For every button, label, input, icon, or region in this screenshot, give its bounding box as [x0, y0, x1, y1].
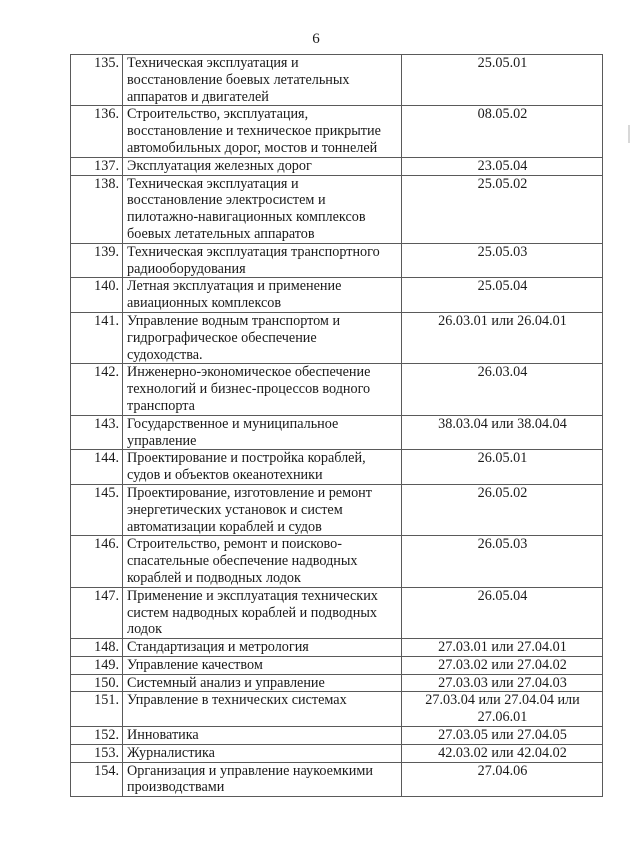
specialty-name: Системный анализ и управление [123, 674, 402, 692]
specialty-name: Применение и эксплуатация техническихсис… [123, 587, 402, 638]
specialty-code: 26.05.03 [402, 536, 603, 587]
specialty-name: Техническая эксплуатация ивосстановление… [123, 175, 402, 243]
specialty-code: 27.03.03 или 27.04.03 [402, 674, 603, 692]
row-number: 144. [71, 450, 123, 485]
table-row: 143.Государственное и муниципальноеуправ… [71, 415, 603, 450]
specialty-code: 26.05.02 [402, 484, 603, 535]
row-number: 153. [71, 744, 123, 762]
specialty-code: 25.05.03 [402, 243, 603, 278]
specialty-code: 26.05.01 [402, 450, 603, 485]
specialty-code: 25.05.02 [402, 175, 603, 243]
specialty-name: Техническая эксплуатация транспортногора… [123, 243, 402, 278]
specialty-code: 27.03.01 или 27.04.01 [402, 639, 603, 657]
specialty-name: Эксплуатация железных дорог [123, 157, 402, 175]
row-number: 149. [71, 656, 123, 674]
row-number: 146. [71, 536, 123, 587]
table-row: 137.Эксплуатация железных дорог23.05.04 [71, 157, 603, 175]
specialty-name: Организация и управление наукоемкимипрои… [123, 762, 402, 797]
table-row: 147.Применение и эксплуатация технически… [71, 587, 603, 638]
table-row: 135.Техническая эксплуатация ивосстановл… [71, 55, 603, 106]
specialty-code: 38.03.04 или 38.04.04 [402, 415, 603, 450]
table-row: 142.Инженерно-экономическое обеспечениет… [71, 364, 603, 415]
row-number: 137. [71, 157, 123, 175]
specialty-code: 08.05.02 [402, 106, 603, 157]
table-row: 138.Техническая эксплуатация ивосстановл… [71, 175, 603, 243]
row-number: 147. [71, 587, 123, 638]
row-number: 152. [71, 727, 123, 745]
specialty-name: Проектирование и постройка кораблей,судо… [123, 450, 402, 485]
table-row: 152.Инноватика27.03.05 или 27.04.05 [71, 727, 603, 745]
specialty-name: Проектирование, изготовление и ремонтэне… [123, 484, 402, 535]
specialty-code: 25.05.01 [402, 55, 603, 106]
table-row: 141.Управление водным транспортом игидро… [71, 312, 603, 363]
row-number: 141. [71, 312, 123, 363]
table-row: 153.Журналистика42.03.02 или 42.04.02 [71, 744, 603, 762]
table-row: 144.Проектирование и постройка кораблей,… [71, 450, 603, 485]
table-row: 154.Организация и управление наукоемкими… [71, 762, 603, 797]
row-number: 151. [71, 692, 123, 727]
scan-artifact [628, 125, 630, 143]
specialty-name: Управление в технических системах [123, 692, 402, 727]
row-number: 140. [71, 278, 123, 313]
table-row: 146.Строительство, ремонт и поисково-спа… [71, 536, 603, 587]
table-row: 149.Управление качеством27.03.02 или 27.… [71, 656, 603, 674]
specialty-name: Журналистика [123, 744, 402, 762]
specialty-code: 27.03.04 или 27.04.04 или27.06.01 [402, 692, 603, 727]
specialty-code: 42.03.02 или 42.04.02 [402, 744, 603, 762]
table-body: 135.Техническая эксплуатация ивосстановл… [71, 55, 603, 797]
specialty-code: 26.03.04 [402, 364, 603, 415]
specialty-name: Летная эксплуатация и применениеавиацион… [123, 278, 402, 313]
table-row: 140.Летная эксплуатация и применениеавиа… [71, 278, 603, 313]
table-row: 151.Управление в технических системах27.… [71, 692, 603, 727]
row-number: 135. [71, 55, 123, 106]
specialty-code: 23.05.04 [402, 157, 603, 175]
row-number: 154. [71, 762, 123, 797]
row-number: 145. [71, 484, 123, 535]
page-number: 6 [0, 30, 632, 48]
table-row: 145.Проектирование, изготовление и ремон… [71, 484, 603, 535]
specialty-name: Инженерно-экономическое обеспечениетехно… [123, 364, 402, 415]
specialty-code: 27.03.02 или 27.04.02 [402, 656, 603, 674]
table-row: 136.Строительство, эксплуатация,восстано… [71, 106, 603, 157]
row-number: 148. [71, 639, 123, 657]
specialties-table: 135.Техническая эксплуатация ивосстановл… [70, 54, 603, 797]
row-number: 143. [71, 415, 123, 450]
specialty-name: Управление водным транспортом игидрограф… [123, 312, 402, 363]
specialty-name: Инноватика [123, 727, 402, 745]
specialty-name: Управление качеством [123, 656, 402, 674]
table-row: 148.Стандартизация и метрология27.03.01 … [71, 639, 603, 657]
table-row: 150.Системный анализ и управление27.03.0… [71, 674, 603, 692]
specialty-name: Техническая эксплуатация ивосстановление… [123, 55, 402, 106]
specialty-name: Строительство, ремонт и поисково-спасате… [123, 536, 402, 587]
specialty-code: 25.05.04 [402, 278, 603, 313]
specialty-code: 26.05.04 [402, 587, 603, 638]
table-row: 139.Техническая эксплуатация транспортно… [71, 243, 603, 278]
specialty-code: 26.03.01 или 26.04.01 [402, 312, 603, 363]
row-number: 138. [71, 175, 123, 243]
specialty-code: 27.04.06 [402, 762, 603, 797]
specialty-name: Государственное и муниципальноеуправлени… [123, 415, 402, 450]
row-number: 142. [71, 364, 123, 415]
specialty-name: Стандартизация и метрология [123, 639, 402, 657]
row-number: 150. [71, 674, 123, 692]
row-number: 139. [71, 243, 123, 278]
specialty-name: Строительство, эксплуатация,восстановлен… [123, 106, 402, 157]
specialty-code: 27.03.05 или 27.04.05 [402, 727, 603, 745]
row-number: 136. [71, 106, 123, 157]
